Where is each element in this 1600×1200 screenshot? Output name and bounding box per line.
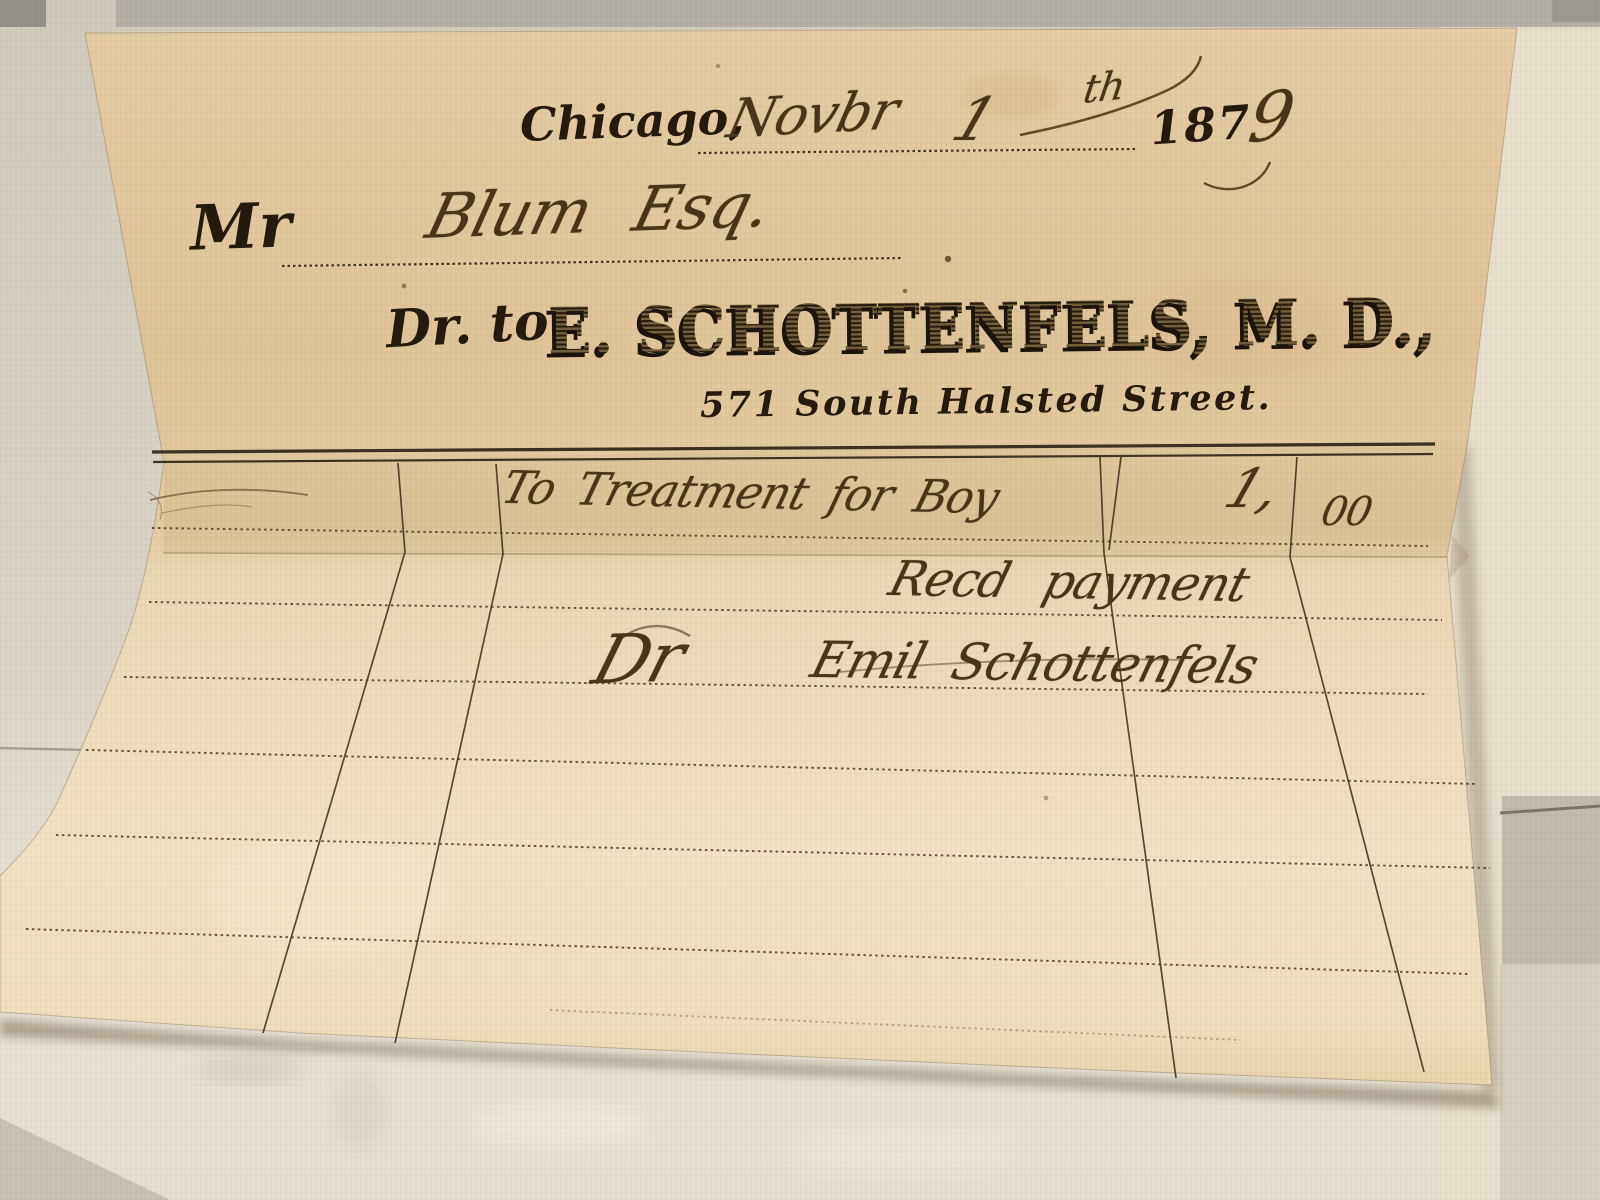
document-photo-canvas [0, 0, 1600, 1200]
debit-to-label: Dr. to [385, 296, 550, 356]
photograph-of-billhead: Chicago, Novbr 1 th 187 9 Mr Blum Esq. D… [0, 0, 1600, 1200]
handwritten-ordinal: th [1081, 66, 1127, 110]
handwritten-addressee-name: Blum Esq. [421, 174, 777, 248]
receipt-note: Recd payment [884, 555, 1253, 609]
addressee-salutation-label: Mr [189, 194, 292, 259]
physician-name: E. SCHOTTENFELS, M. D., [548, 289, 1439, 363]
ledger-entry-description: To Treatment for Boy [497, 465, 1003, 520]
physician-street-address: 571 South Halsted Street. [700, 380, 1273, 423]
ledger-amount-cents: 00 [1318, 492, 1375, 532]
city-label: Chicago, [519, 94, 745, 148]
handwritten-month: Novbr [723, 84, 904, 147]
signature-name: Emil Schottenfels [806, 635, 1263, 691]
printed-year-prefix: 187 [1149, 98, 1254, 151]
